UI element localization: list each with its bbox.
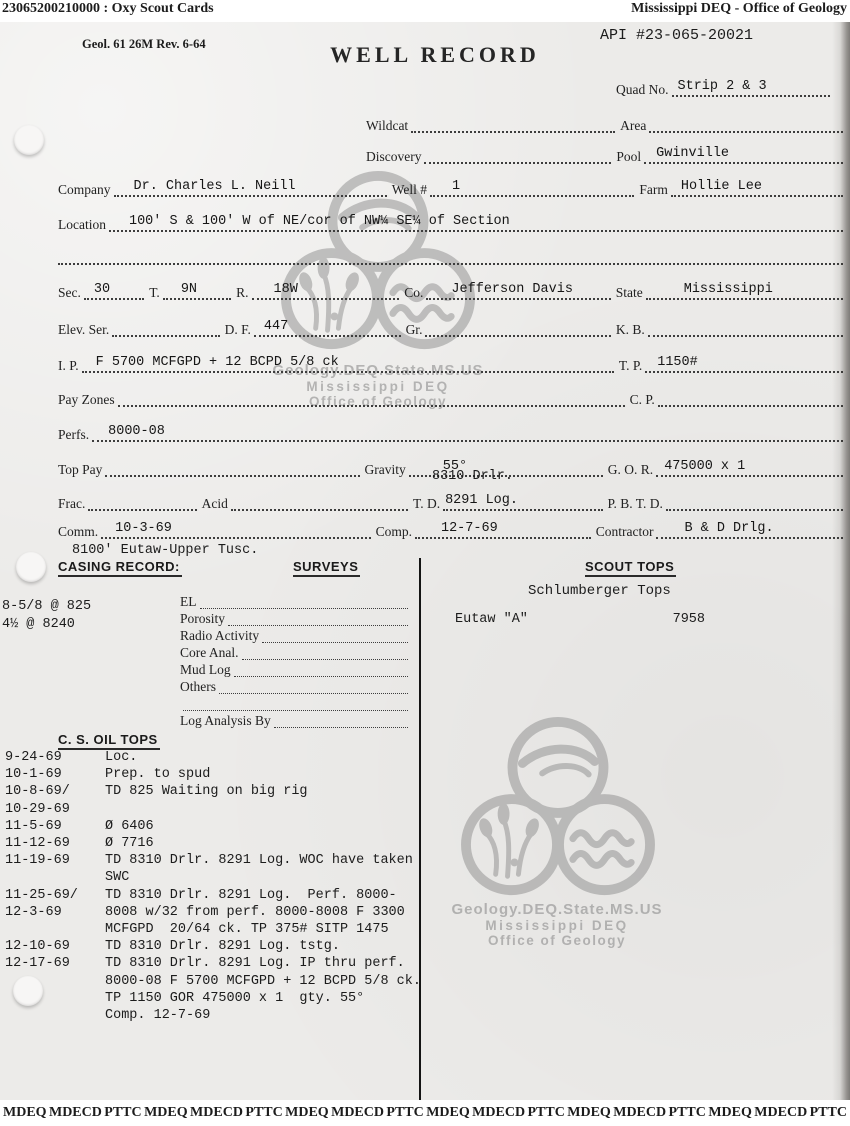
watermark-url: Geology.DEQ.State.MS.US [437, 901, 677, 918]
survey-label: Porosity [180, 611, 228, 626]
scout-tops-subtitle: Schlumberger Tops [528, 583, 671, 599]
scan-edge-shadow [832, 22, 850, 1100]
perfs-row: Perfs. 8000-08 [58, 422, 843, 442]
kb-label: K. B. [611, 322, 648, 337]
log-entry: TP 1150 GOR 475000 x 1 gty. 55° [5, 990, 417, 1007]
footer-item: MDEQ [567, 1105, 611, 1121]
api-number: API #23-065-20021 [600, 27, 753, 44]
footer-item: PTTC [810, 1105, 847, 1121]
top-pay-field [105, 455, 359, 477]
survey-label: Log Analysis By [180, 713, 274, 728]
gor-label: G. O. R. [603, 462, 656, 477]
elev-ser-field [112, 315, 219, 337]
comm-label: Comm. [58, 524, 101, 539]
watermark-org: Mississippi DEQ [437, 918, 677, 933]
footer-item: PTTC [104, 1105, 141, 1121]
punch-hole [14, 125, 44, 155]
quad-no-label: Quad No. [616, 82, 672, 97]
comp-field: 12-7-69 [415, 517, 591, 539]
casing-record-title: CASING RECORD: [58, 559, 182, 577]
perfs-label: Perfs. [58, 427, 92, 442]
punch-hole [16, 552, 46, 582]
township-label: T. [144, 285, 163, 300]
td-label: T. D. [408, 496, 443, 511]
three-circle-logo-icon [458, 714, 658, 902]
sec-t-r-co-state-row: Sec. 30 T. 9N R. 18W Co. Jefferson Davis… [58, 280, 843, 300]
footer-item: PTTC [669, 1105, 706, 1121]
footer-item: MDECD [49, 1105, 102, 1121]
location-row: Location 100' S & 100' W of NE/cor of NW… [58, 212, 843, 232]
elev-ser-label: Elev. Ser. [58, 322, 112, 337]
log-entry: 12-17-69TD 8310 Drlr. 8291 Log. IP thru … [5, 955, 417, 972]
oil-tops-log: 9-24-69Loc. 10-1-69Prep. to spud 10-8-69… [5, 749, 417, 1024]
contractor-field: B & D Drlg. [656, 517, 843, 539]
casing-item: 8-5/8 @ 825 [2, 598, 91, 616]
log-entry: 10-1-69Prep. to spud [5, 766, 417, 783]
quad-no-field: Strip 2 & 3 [672, 75, 831, 97]
pbtd-field [666, 489, 843, 511]
page-title: WELL RECORD [320, 42, 550, 68]
tp-field: 1150# [645, 351, 843, 373]
acid-label: Acid [197, 496, 231, 511]
gr-label: Gr. [401, 322, 426, 337]
survey-field [200, 593, 409, 609]
cp-field [658, 385, 843, 407]
comm-field: 10-3-69 [101, 517, 370, 539]
township-field: 9N [163, 278, 231, 300]
company-well-farm-row: Company Dr. Charles L. Neill Well # 1 Fa… [58, 177, 843, 197]
location-field: 100' S & 100' W of NE/cor of NW¼ SE¼ of … [109, 210, 843, 232]
scout-top-row: Eutaw "A" 7958 [455, 612, 705, 627]
county-field: Jefferson Davis [426, 278, 610, 300]
pay-zones-field [118, 385, 625, 407]
footer-item: MDEQ [285, 1105, 329, 1121]
pool-label: Pool [611, 149, 644, 164]
watermark-caption: Geology.DEQ.State.MS.US Mississippi DEQ … [437, 901, 677, 948]
survey-label: Core Anal. [180, 645, 242, 660]
location-label: Location [58, 217, 109, 232]
gr-field [425, 315, 610, 337]
log-entry: 11-5-69Ø 6406 [5, 818, 417, 835]
frac-field [88, 489, 196, 511]
td-field: 8291 Log. [443, 489, 602, 511]
kb-field [648, 315, 843, 337]
footer-item: MDEQ [3, 1105, 47, 1121]
location-row-2 [58, 245, 843, 265]
range-field: 18W [252, 278, 400, 300]
log-entry: 11-19-69TD 8310 Drlr. 8291 Log. WOC have… [5, 852, 417, 869]
frac-label: Frac. [58, 496, 88, 511]
location-field-2 [58, 243, 843, 265]
survey-label: Radio Activity [180, 628, 262, 643]
gor-field: 475000 x 1 [656, 455, 843, 477]
footer-item: PTTC [527, 1105, 564, 1121]
farm-field: Hollie Lee [671, 175, 843, 197]
casing-item: 4½ @ 8240 [2, 616, 91, 634]
top-pay-label: Top Pay [58, 462, 105, 477]
log-entry: 9-24-69Loc. [5, 749, 417, 766]
survey-field [242, 644, 409, 660]
df-label: D. F. [220, 322, 254, 337]
log-entry: MCFGPD 20/64 ck. TP 375# SITP 1475 [5, 921, 417, 938]
well-number-field: 1 [430, 175, 634, 197]
footer-item: MDECD [331, 1105, 384, 1121]
range-label: R. [231, 285, 251, 300]
wildcat-field [411, 111, 615, 133]
elev-df-gr-kb-row: Elev. Ser. D. F. 447 Gr. K. B. [58, 317, 843, 337]
footer-logo-bar: MDEQ MDECD PTTC MDEQ MDECD PTTC MDEQ MDE… [0, 1100, 850, 1126]
watermark-office: Office of Geology [437, 933, 677, 948]
footer-item: MDECD [472, 1105, 525, 1121]
survey-label: Others [180, 679, 219, 694]
footer-item: MDECD [190, 1105, 243, 1121]
surveys-title: SURVEYS [293, 559, 360, 577]
document-id: 23065200210000 : Oxy Scout Cards [2, 1, 214, 17]
footer-item: MDEQ [426, 1105, 470, 1121]
survey-field [219, 678, 408, 694]
discovery-label: Discovery [366, 149, 424, 164]
form-revision-note: Geol. 61 26M Rev. 6-64 [82, 37, 206, 52]
survey-field [183, 695, 408, 711]
acid-field [231, 489, 408, 511]
comp-label: Comp. [371, 524, 415, 539]
df-field: 447 [254, 315, 401, 337]
farm-label: Farm [634, 182, 671, 197]
log-entry: Comp. 12-7-69 [5, 1007, 417, 1024]
survey-label: EL [180, 594, 200, 609]
survey-label: Mud Log [180, 662, 234, 677]
survey-field [274, 712, 408, 728]
company-field: Dr. Charles L. Neill [114, 175, 387, 197]
msdeq-logo-watermark [458, 714, 658, 907]
perfs-field: 8000-08 [92, 420, 843, 442]
area-field [649, 111, 843, 133]
scout-tops-title: SCOUT TOPS [585, 559, 676, 577]
pay-zones-cp-row: Pay Zones C. P. [58, 387, 843, 407]
county-label: Co. [399, 285, 426, 300]
company-label: Company [58, 182, 114, 197]
oil-tops-title: C. S. OIL TOPS [58, 732, 160, 750]
log-entry: 12-3-698008 w/32 from perf. 8000-8008 F … [5, 904, 417, 921]
survey-field [262, 627, 408, 643]
footer-item: MDECD [754, 1105, 807, 1121]
log-entry: 10-29-69 [5, 801, 417, 818]
agency-title: Mississippi DEQ - Office of Geology [631, 1, 847, 17]
quad-no-row: Quad No. Strip 2 & 3 [616, 77, 830, 97]
pay-zones-label: Pay Zones [58, 392, 118, 407]
log-entry: SWC [5, 869, 417, 886]
discovery-pool-row: Discovery Pool Gwinville [366, 144, 843, 164]
section-divider-line [419, 558, 421, 1100]
footer-item: MDECD [613, 1105, 666, 1121]
footer-item: PTTC [245, 1105, 282, 1121]
survey-field [234, 661, 408, 677]
tp-label: T. P. [614, 358, 645, 373]
gravity-label: Gravity [360, 462, 409, 477]
log-entry: 12-10-69TD 8310 Drlr. 8291 Log. tstg. [5, 938, 417, 955]
footer-item: MDEQ [708, 1105, 752, 1121]
ip-field: F 5700 MCFGPD + 12 BCPD 5/8 ck [82, 351, 614, 373]
ip-label: I. P. [58, 358, 82, 373]
casing-list: 8-5/8 @ 825 4½ @ 8240 [2, 598, 91, 634]
discovery-field [424, 142, 611, 164]
wildcat-area-row: Wildcat Area [366, 113, 843, 133]
footer-item: MDEQ [144, 1105, 188, 1121]
frac-acid-td-pbtd-row: Frac. Acid T. D. 8291 Log. P. B. T. D. [58, 491, 843, 511]
state-field: Mississippi [646, 278, 843, 300]
area-label: Area [615, 118, 649, 133]
well-number-label: Well # [387, 182, 430, 197]
scout-top-name: Eutaw "A" [455, 612, 528, 627]
td-driller-depth: 8310 Drlr. [432, 469, 513, 484]
survey-field [228, 610, 408, 626]
log-entry: 8000-08 F 5700 MCFGPD + 12 BCPD 5/8 ck. [5, 973, 417, 990]
scout-top-depth: 7958 [673, 612, 705, 627]
surveys-list: EL Porosity Radio Activity Core Anal. Mu… [180, 592, 408, 728]
pool-field: Gwinville [644, 142, 843, 164]
viewer-header-bar: 23065200210000 : Oxy Scout Cards Mississ… [0, 0, 850, 22]
sec-field: 30 [84, 278, 144, 300]
log-entry: 11-12-69Ø 7716 [5, 835, 417, 852]
state-label: State [611, 285, 646, 300]
scanned-well-record-page: Geology.DEQ.State.MS.US Mississippi DEQ … [0, 22, 850, 1100]
comm-comp-contractor-row: Comm. 10-3-69 Comp. 12-7-69 Contractor B… [58, 519, 843, 539]
contractor-label: Contractor [591, 524, 657, 539]
sec-label: Sec. [58, 285, 84, 300]
log-entry: 10-8-69/TD 825 Waiting on big rig [5, 783, 417, 800]
wildcat-label: Wildcat [366, 118, 411, 133]
log-entry: 11-25-69/TD 8310 Drlr. 8291 Log. Perf. 8… [5, 887, 417, 904]
pbtd-label: P. B. T. D. [603, 496, 666, 511]
formation-note: 8100' Eutaw-Upper Tusc. [72, 543, 258, 558]
footer-item: PTTC [386, 1105, 423, 1121]
punch-hole [13, 976, 43, 1006]
ip-tp-row: I. P. F 5700 MCFGPD + 12 BCPD 5/8 ck T. … [58, 353, 843, 373]
cp-label: C. P. [625, 392, 658, 407]
